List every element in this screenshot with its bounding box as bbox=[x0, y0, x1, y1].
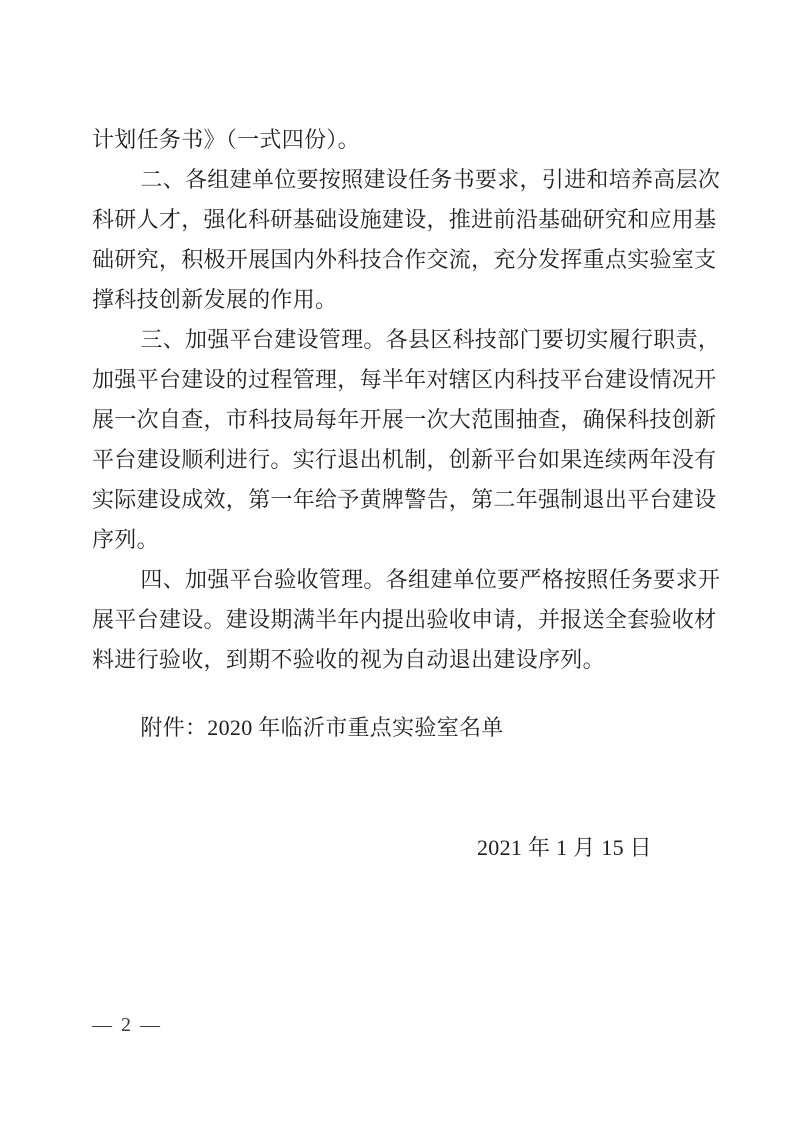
body-line: 实际建设成效，第一年给予黄牌警告，第二年强制退出平台建设 bbox=[92, 480, 714, 520]
body-line: 平台建设顺利进行。实行退出机制，创新平台如果连续两年没有 bbox=[92, 440, 714, 480]
body-line: 计划任务书》（一式四份）。 bbox=[92, 120, 714, 160]
body-line-paragraph-4-start: 四、加强平台验收管理。各组建单位要严格按照任务要求开 bbox=[92, 560, 714, 600]
page-number: — 2 — bbox=[92, 1014, 162, 1037]
body-line: 料进行验收，到期不验收的视为自动退出建设序列。 bbox=[92, 640, 714, 680]
attachment-line: 附件：2020 年临沂市重点实验室名单 bbox=[92, 708, 714, 748]
body-line: 序列。 bbox=[92, 520, 714, 560]
body-line: 展平台建设。建设期满半年内提出验收申请，并报送全套验收材 bbox=[92, 600, 714, 640]
document-page: 计划任务书》（一式四份）。 二、各组建单位要按照建设任务书要求，引进和培养高层次… bbox=[0, 0, 800, 1131]
body-line-paragraph-2-start: 二、各组建单位要按照建设任务书要求，引进和培养高层次 bbox=[92, 160, 714, 200]
body-line: 加强平台建设的过程管理，每半年对辖区内科技平台建设情况开 bbox=[92, 360, 714, 400]
document-body: 计划任务书》（一式四份）。 二、各组建单位要按照建设任务书要求，引进和培养高层次… bbox=[92, 120, 714, 868]
body-line-paragraph-3-start: 三、加强平台建设管理。各县区科技部门要切实履行职责， bbox=[92, 320, 714, 360]
date-line: 2021 年 1 月 15 日 bbox=[92, 828, 714, 868]
body-line: 础研究，积极开展国内外科技合作交流，充分发挥重点实验室支 bbox=[92, 240, 714, 280]
body-line: 展一次自查，市科技局每年开展一次大范围抽查，确保科技创新 bbox=[92, 400, 714, 440]
body-line: 撑科技创新发展的作用。 bbox=[92, 280, 714, 320]
body-line: 科研人才，强化科研基础设施建设，推进前沿基础研究和应用基 bbox=[92, 200, 714, 240]
